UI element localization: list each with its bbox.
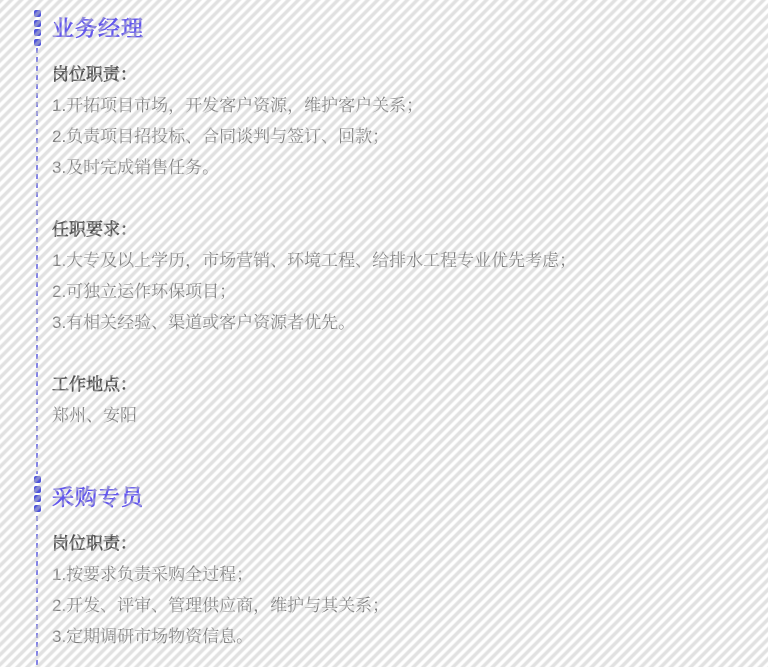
job-posting-page: 业务经理 岗位职责： 1.开拓项目市场，开发客户资源，维护客户关系； 2.负责项… — [0, 0, 768, 672]
block-label: 工作地点： — [52, 369, 752, 400]
section-title: 业务经理 — [52, 13, 752, 45]
marker-dot-icon — [34, 39, 41, 46]
block-location: 工作地点： 郑州、安阳 — [52, 369, 752, 431]
block-responsibilities: 岗位职责： 1.开拓项目市场，开发客户资源，维护客户关系； 2.负责项目招投标、… — [52, 59, 752, 183]
job-detail-item: 2.开发、评审、管理供应商，维护与其关系； — [52, 590, 752, 621]
timeline-dashed-line — [36, 12, 38, 672]
job-detail-item: 3.有相关经验、渠道或客户资源者优先。 — [52, 307, 752, 338]
page: { "page": { "background_color": "#ffffff… — [0, 0, 768, 672]
block-label: 岗位职责： — [52, 528, 752, 559]
marker-dot-icon — [34, 486, 41, 493]
job-detail-item: 3.定期调研市场物资信息。 — [52, 621, 752, 652]
section-marker-icon — [30, 8, 44, 48]
marker-dot-icon — [34, 505, 41, 512]
marker-dot-icon — [34, 20, 41, 27]
marker-dot-icon — [34, 476, 41, 483]
bottom-white-strip — [0, 667, 768, 672]
marker-dot-icon — [34, 495, 41, 502]
block-label: 任职要求： — [52, 214, 752, 245]
job-detail-item: 1.开拓项目市场，开发客户资源，维护客户关系； — [52, 90, 752, 121]
block-responsibilities: 岗位职责： 1.按要求负责采购全过程； 2.开发、评审、管理供应商，维护与其关系… — [52, 528, 752, 652]
block-label: 岗位职责： — [52, 59, 752, 90]
marker-dot-icon — [34, 10, 41, 17]
job-detail-item: 郑州、安阳 — [52, 400, 752, 431]
section-procurement-specialist: 采购专员 岗位职责： 1.按要求负责采购全过程； 2.开发、评审、管理供应商，维… — [52, 482, 752, 652]
section-business-manager: 业务经理 岗位职责： 1.开拓项目市场，开发客户资源，维护客户关系； 2.负责项… — [52, 13, 752, 431]
job-detail-item: 2.负责项目招投标、合同谈判与签订、回款； — [52, 121, 752, 152]
marker-dot-icon — [34, 29, 41, 36]
job-detail-item: 3.及时完成销售任务。 — [52, 152, 752, 183]
job-detail-item: 1.大专及以上学历，市场营销、环境工程、给排水工程专业优先考虑； — [52, 245, 752, 276]
section-title: 采购专员 — [52, 482, 752, 514]
block-requirements: 任职要求： 1.大专及以上学历，市场营销、环境工程、给排水工程专业优先考虑； 2… — [52, 214, 752, 338]
section-marker-icon — [30, 474, 44, 514]
job-detail-item: 1.按要求负责采购全过程； — [52, 559, 752, 590]
job-detail-item: 2.可独立运作环保项目； — [52, 276, 752, 307]
